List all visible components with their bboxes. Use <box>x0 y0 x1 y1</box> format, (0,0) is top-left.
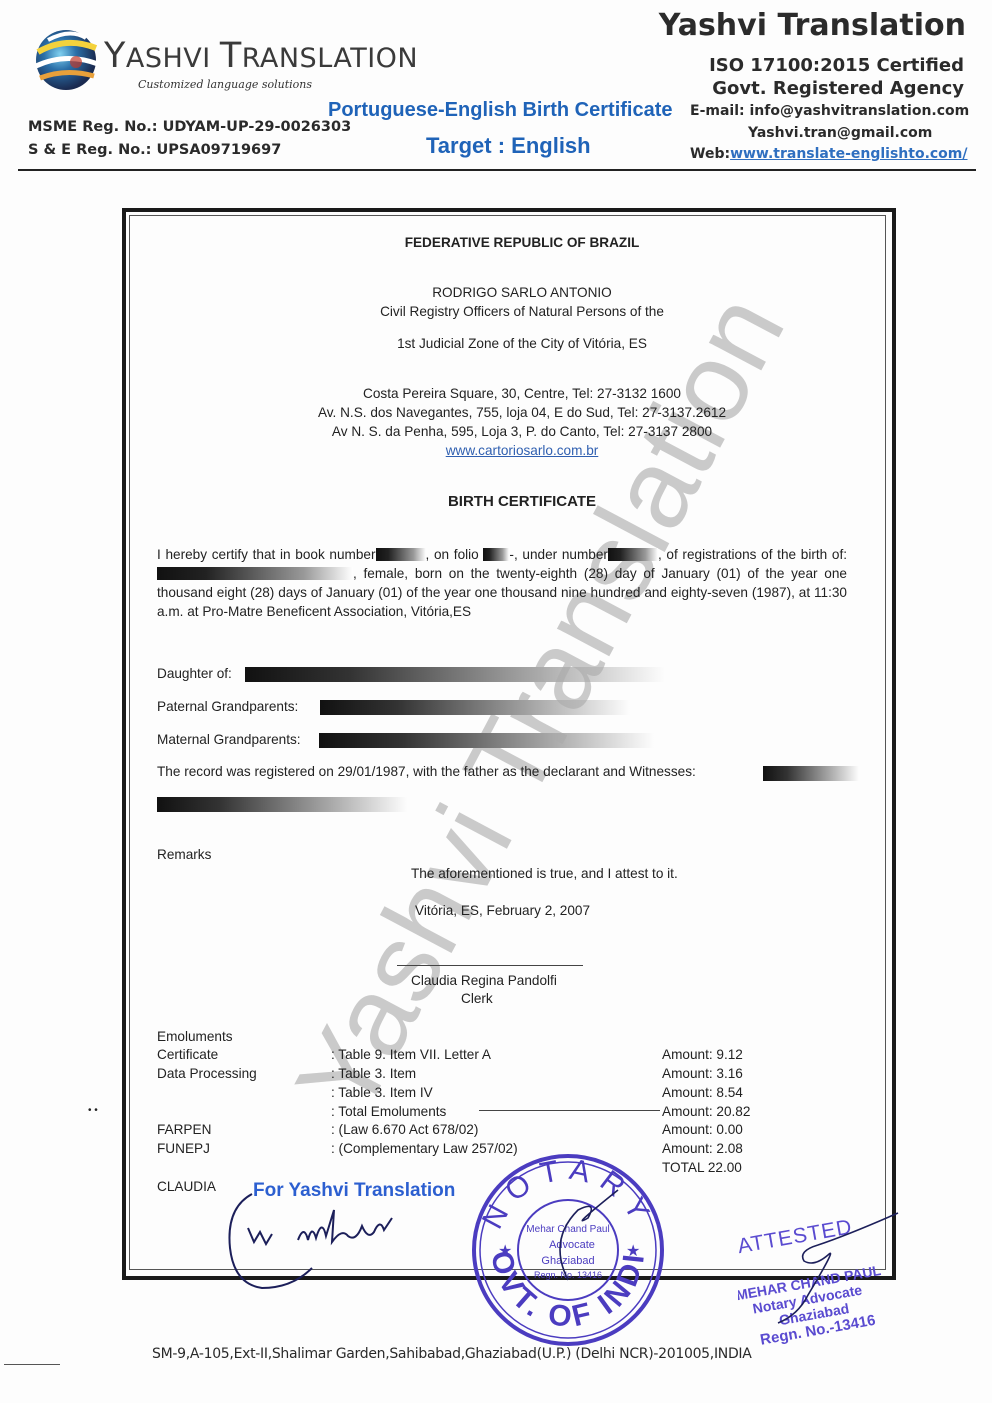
daughter-of-label: Daughter of: <box>157 666 232 681</box>
registrar-zone: 1st Judicial Zone of the City of Vitória… <box>122 336 922 351</box>
document-title: Portuguese-English Birth Certificate <box>328 99 673 122</box>
address-line: Av. N.S. dos Navegantes, 755, loja 04, E… <box>122 405 922 420</box>
email-primary: E-mail: info@yashvitranslation.com <box>690 103 969 119</box>
website-line: Web:www.translate-englishto.com/ <box>690 146 968 162</box>
remarks-label: Remarks <box>157 847 211 862</box>
certificate-title: BIRTH CERTIFICATE <box>122 493 922 510</box>
website-link[interactable]: www.translate-englishto.com/ <box>730 146 967 162</box>
notary-seal-icon: NOTARY GOVT. OF INDIA ★ ★ Mehar Chand Pa… <box>468 1150 668 1350</box>
redacted-maternal-grandparents <box>319 733 654 748</box>
svg-text:Mehar Chand Paul: Mehar Chand Paul <box>526 1224 609 1235</box>
redacted-parents <box>245 667 665 682</box>
signatory-name: Claudia Regina Pandolfi <box>411 973 557 988</box>
svg-text:Advocate: Advocate <box>549 1239 595 1251</box>
emoluments-heading: Emoluments <box>157 1029 233 1044</box>
paternal-grandparents-label: Paternal Grandparents: <box>157 699 298 714</box>
svg-text:ATTESTED: ATTESTED <box>738 1215 854 1258</box>
web-label: Web: <box>690 146 730 162</box>
registry-website: www.cartoriosarlo.com.br <box>122 443 922 458</box>
country-heading: FEDERATIVE REPUBLIC OF BRAZIL <box>122 235 922 250</box>
iso-certification: ISO 17100:2015 Certified <box>709 55 964 76</box>
footer-address: SM-9,A-105,Ext-II,Shalimar Garden,Sahiba… <box>152 1346 752 1362</box>
registrar-role: Civil Registry Officers of Natural Perso… <box>122 304 922 319</box>
agency-name: Yashvi Translation <box>659 8 966 43</box>
address-line: Av N. S. da Penha, 595, Loja 3, P. do Ca… <box>122 424 922 439</box>
redacted-witnesses <box>763 766 859 781</box>
redacted-witnesses-cont <box>157 797 407 812</box>
attestation-text: The aforementioned is true, and I attest… <box>411 866 678 881</box>
scan-mark <box>4 1364 60 1365</box>
signature-line <box>397 965 583 966</box>
registration-status: Govt. Registered Agency <box>712 78 964 99</box>
msme-registration: MSME Reg. No.: UDYAM-UP-29-0026303 <box>28 119 351 135</box>
redacted-paternal-grandparents <box>320 700 630 715</box>
redacted-book-number <box>376 548 426 561</box>
certificate-body: I hereby certify that in book number, on… <box>157 545 847 621</box>
brand-tagline: Customized language solutions <box>138 78 312 91</box>
redacted-child-name <box>157 567 353 580</box>
address-line: Costa Pereira Square, 30, Centre, Tel: 2… <box>122 386 922 401</box>
email-secondary: Yashvi.tran@gmail.com <box>748 125 932 141</box>
emoluments-signer: CLAUDIA <box>157 1179 216 1194</box>
brand-wordmark: YASHVI TRANSLATION <box>104 36 418 76</box>
translator-signature-icon <box>222 1188 442 1298</box>
scan-specks: • • <box>88 1105 98 1116</box>
registrar-name: RODRIGO SARLO ANTONIO <box>122 285 922 300</box>
record-registration-text: The record was registered on 29/01/1987,… <box>157 764 696 779</box>
se-registration: S & E Reg. No.: UPSA09719697 <box>28 142 281 158</box>
globe-logo-icon <box>26 18 106 98</box>
place-date: Vitória, ES, February 2, 2007 <box>415 903 590 918</box>
total-leader-line <box>479 1110 660 1111</box>
maternal-grandparents-label: Maternal Grandparents: <box>157 732 301 747</box>
svg-text:★: ★ <box>498 1243 512 1260</box>
registry-website-link[interactable]: www.cartoriosarlo.com.br <box>446 443 599 458</box>
svg-text:Ghaziabad: Ghaziabad <box>541 1255 594 1267</box>
target-language: Target : English <box>426 133 591 159</box>
signatory-title: Clerk <box>461 991 493 1006</box>
header-divider <box>18 169 976 171</box>
attested-stamp-icon: ATTESTED MEHAR CHAND PAUL Notary Advocat… <box>738 1205 908 1345</box>
redacted-folio <box>483 548 509 561</box>
redacted-record-number <box>608 548 658 561</box>
svg-text:★: ★ <box>626 1243 640 1260</box>
